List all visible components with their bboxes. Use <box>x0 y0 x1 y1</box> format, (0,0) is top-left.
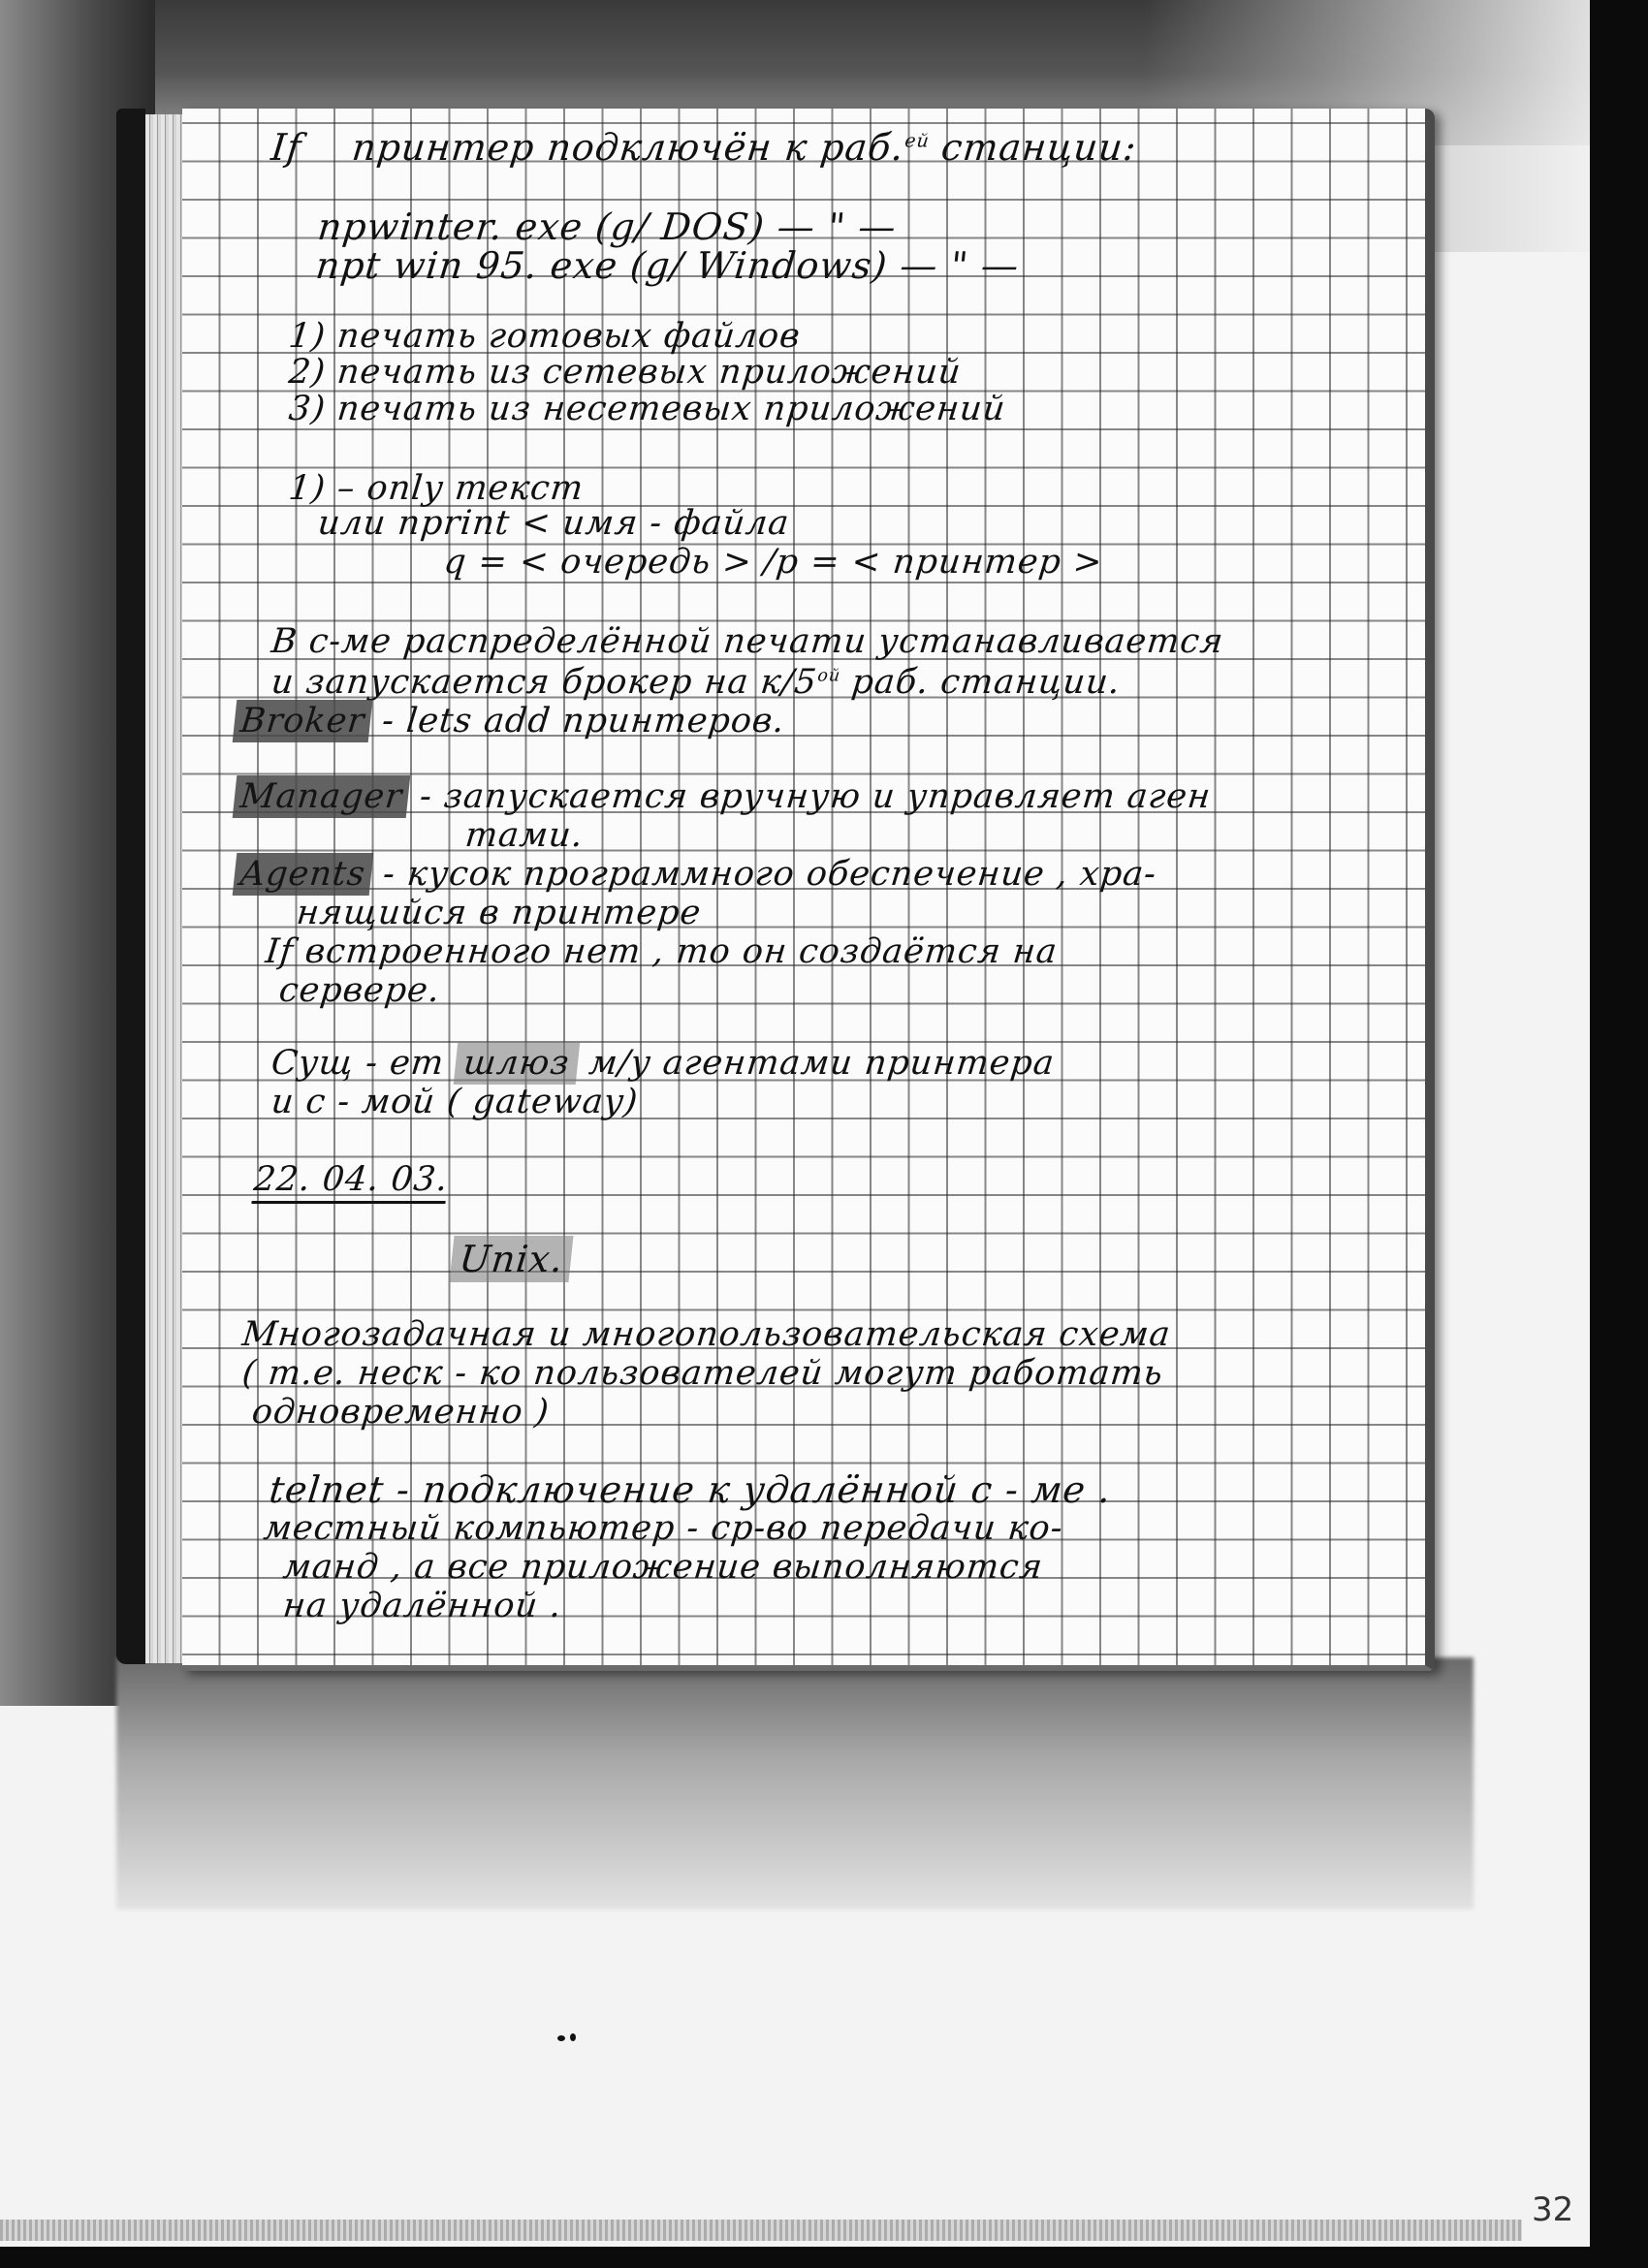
line-nptwin95: npt win 95. exe (g/ Windows) — " — <box>314 244 1022 287</box>
line-text: - lets add принтеров. <box>368 702 787 740</box>
line-distributed-printing: В с-ме распределённой печати устанавлива… <box>269 622 1225 661</box>
line-text: и запускается брокер на к/5 <box>269 663 819 702</box>
date-entry: 22. 04. 03. <box>252 1160 450 1199</box>
scan-dust-speck <box>570 2033 576 2041</box>
notebook-page: If принтер подключён к раб.ей станции: n… <box>182 109 1435 1671</box>
line-manager-definition: Manager - запускается вручную и управляе… <box>233 777 1213 816</box>
line-builtin-none: If встроенного нет , то он создаётся на <box>264 932 1060 971</box>
scan-shadow-bottom <box>116 1657 1474 1909</box>
line-text: принтер подключён к раб. <box>350 126 906 169</box>
line-manager-cont: тами. <box>463 816 586 855</box>
line-heading-printer-attached: If принтер подключён к раб.ей станции: <box>269 126 1139 169</box>
line-gateway-cont: и с - мой ( gateway) <box>269 1083 640 1121</box>
line-simultaneously: одновременно ) <box>250 1393 552 1432</box>
line-commands: манд , а все приложение выполняются <box>281 1548 1045 1587</box>
section-heading-unix: Unix. <box>450 1238 574 1280</box>
line-agents-cont: нящийся в принтере <box>295 894 704 932</box>
line-broker-definition: Broker - lets add принтеров. <box>233 702 787 740</box>
list-item-1: 1) печать готовых файлов <box>287 317 803 356</box>
notebook-page-stack <box>145 114 184 1663</box>
superscript: ой <box>816 666 841 685</box>
superscript: ей <box>903 130 931 151</box>
line-multiuser: ( т.е. неск - ко пользователей могут раб… <box>240 1354 1165 1393</box>
heading-text: Unix. <box>449 1236 573 1282</box>
notebook-cover-edge <box>116 109 145 1664</box>
line-local-computer: местный компьютер - ср-во передачи ко- <box>262 1509 1065 1548</box>
line-agents-definition: Agents - кусок программного обеспечение … <box>233 855 1158 894</box>
list-item-2: 2) печать из сетевых приложений <box>287 353 964 392</box>
list-item-3: 3) печать из несетевых приложений <box>287 390 1007 428</box>
line-on-server: сервере. <box>277 971 442 1010</box>
line-on-remote: на удалённой . <box>281 1587 564 1625</box>
scan-dust-speck <box>557 2035 565 2041</box>
scan-border-bottom <box>0 2247 1648 2268</box>
line-text: раб. станции. <box>838 663 1123 702</box>
scan-artifact-stripe <box>0 2220 1522 2241</box>
scan-border-right <box>1590 0 1648 2268</box>
highlighted-term-manager: Manager <box>233 775 411 818</box>
line-text: If <box>269 126 304 169</box>
date-text: 22. 04. 03. <box>251 1160 450 1204</box>
line-text: - кусок программного обеспечение , хра- <box>369 855 1158 894</box>
line-text: - запускается вручную и управляет аген <box>406 777 1213 816</box>
highlighted-term-broker: Broker <box>233 700 373 742</box>
line-nprinter-dos: npwinter. exe (g/ DOS) — " — <box>316 205 899 248</box>
line-only-text: 1) – only текст <box>287 469 586 508</box>
line-broker-launch: и запускается брокер на к/5ой раб. станц… <box>269 663 1123 702</box>
line-queue-printer: q = < очередь > /p = < принтер > <box>442 543 1105 582</box>
line-multitask: Многозадачная и многопользовательская сх… <box>240 1315 1173 1354</box>
line-text: Сущ - ет <box>269 1044 458 1083</box>
line-nprint-command: или nprint < имя - файла <box>316 504 792 543</box>
highlighted-term-gateway: шлюз <box>454 1042 580 1085</box>
highlighted-term-agents: Agents <box>233 853 374 896</box>
line-telnet: telnet - подключение к удалённой с - ме … <box>268 1468 1114 1511</box>
line-text: м/у агентами принтера <box>575 1044 1056 1083</box>
line-text: станции: <box>927 126 1139 169</box>
page-number: 32 <box>1532 2190 1573 2229</box>
line-gateway: Сущ - ет шлюз м/у агентами принтера <box>269 1044 1057 1083</box>
